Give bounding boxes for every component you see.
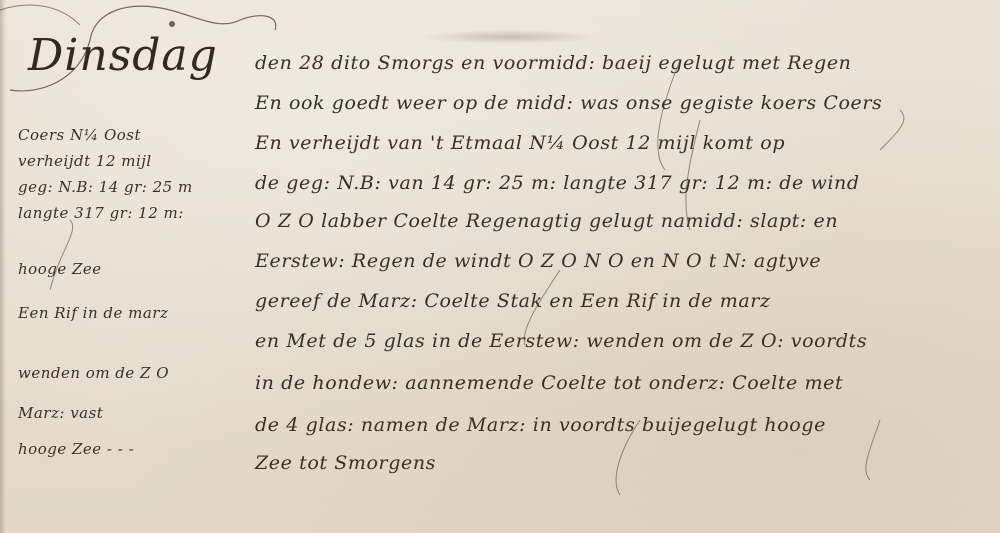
entry-line: En verheijdt van 't Etmaal N¼ Oost 12 mi…	[255, 132, 785, 154]
entry-line: O Z O labber Coelte Regenagtig gelugt na…	[255, 210, 838, 232]
margin-note: Coers N¼ Oost	[18, 126, 141, 144]
entry-line: en Met de 5 glas in de Eerstew: wenden o…	[255, 330, 867, 352]
margin-note: geg: N.B: 14 gr: 25 m	[18, 178, 193, 196]
margin-note: Marz: vast	[18, 404, 103, 422]
logbook-page: Dinsdag den 28 dito Smorgs en voormidd: …	[0, 0, 1000, 533]
entry-line: Zee tot Smorgens	[255, 452, 436, 474]
entry-line: Eerstew: Regen de windt O Z O N O en N O…	[255, 250, 821, 272]
margin-note: langte 317 gr: 12 m:	[18, 204, 184, 222]
page-binding-edge	[0, 0, 6, 533]
margin-note: hooge Zee - - -	[18, 440, 134, 458]
margin-note: Een Rif in de marz	[18, 304, 168, 322]
entry-line: in de hondew: aannemende Coelte tot onde…	[255, 372, 843, 394]
day-heading: Dinsdag	[28, 30, 218, 81]
entry-line: den 28 dito Smorgs en voormidd: baeij eg…	[255, 52, 852, 74]
entry-line: En ook goedt weer op de midd: was onse g…	[255, 92, 882, 114]
margin-note: verheijdt 12 mijl	[18, 152, 152, 170]
ink-stain	[420, 30, 600, 44]
margin-note: hooge Zee	[18, 260, 102, 278]
margin-note: wenden om de Z O	[18, 364, 169, 382]
entry-line: de 4 glas: namen de Marz: in voordts bui…	[255, 414, 826, 436]
entry-line: de geg: N.B: van 14 gr: 25 m: langte 317…	[255, 172, 860, 194]
entry-line: gereef de Marz: Coelte Stak en Een Rif i…	[255, 290, 771, 312]
